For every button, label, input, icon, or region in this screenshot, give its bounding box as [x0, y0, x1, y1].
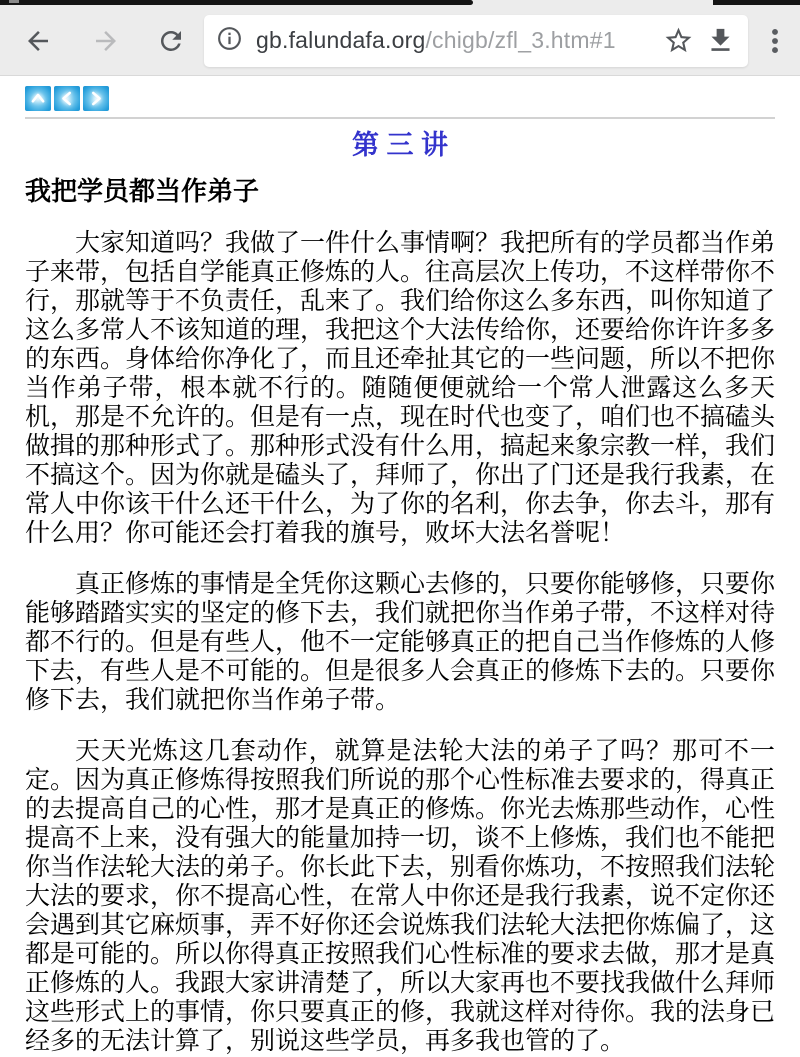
back-button[interactable] [22, 25, 54, 57]
paragraph: 天天光炼这几套动作，就算是法轮大法的弟子了吗？那可不一定。因为真正修炼得按照我们… [25, 737, 775, 1056]
bookmark-button[interactable] [660, 23, 696, 59]
url-bar[interactable]: gb.falundafa.org/chigb/zfl_3.htm#1 [204, 15, 748, 67]
forward-button[interactable] [90, 25, 122, 57]
divider [25, 117, 775, 119]
nav-previous-button[interactable] [54, 86, 80, 111]
status-bar-notch [9, 0, 19, 3]
section-heading: 我把学员都当作弟子 [25, 176, 775, 207]
chevron-left-icon [57, 89, 77, 108]
chevron-right-icon [86, 89, 106, 108]
download-icon [705, 25, 736, 56]
nav-next-button[interactable] [83, 86, 109, 111]
paragraph: 真正修炼的事情是全凭你这颗心去修的，只要你能够修，只要你能够踏踏实实的坚定的修下… [25, 570, 775, 715]
back-arrow-icon [23, 26, 53, 56]
page-content: 第 三 讲 我把学员都当作弟子 大家知道吗？我做了一件什么事情啊？我把所有的学员… [0, 76, 800, 1056]
url-path: /chigb/zfl_3.htm#1 [425, 27, 615, 53]
status-bar [0, 0, 800, 6]
forward-arrow-icon [91, 26, 121, 56]
reload-button[interactable] [155, 25, 187, 57]
status-bar-segment [0, 0, 473, 5]
status-bar-segment [713, 0, 800, 5]
paragraph: 大家知道吗？我做了一件什么事情啊？我把所有的学员都当作弟子来带，包括自学能真正修… [25, 229, 775, 548]
overflow-menu-button[interactable] [752, 18, 798, 64]
page-info-icon[interactable] [216, 25, 243, 57]
nav-up-button[interactable] [25, 86, 51, 111]
three-dot-menu-icon [759, 25, 791, 57]
lecture-title: 第 三 讲 [25, 128, 775, 162]
download-button[interactable] [702, 23, 738, 59]
page-nav [25, 86, 775, 111]
browser-window: gb.falundafa.org/chigb/zfl_3.htm#1 [0, 0, 800, 1057]
star-outline-icon [663, 25, 694, 56]
url-text: gb.falundafa.org/chigb/zfl_3.htm#1 [256, 27, 660, 54]
url-domain: gb.falundafa.org [256, 27, 425, 53]
chevron-up-icon [28, 89, 48, 108]
browser-toolbar: gb.falundafa.org/chigb/zfl_3.htm#1 [0, 6, 800, 76]
reload-icon [156, 26, 186, 56]
